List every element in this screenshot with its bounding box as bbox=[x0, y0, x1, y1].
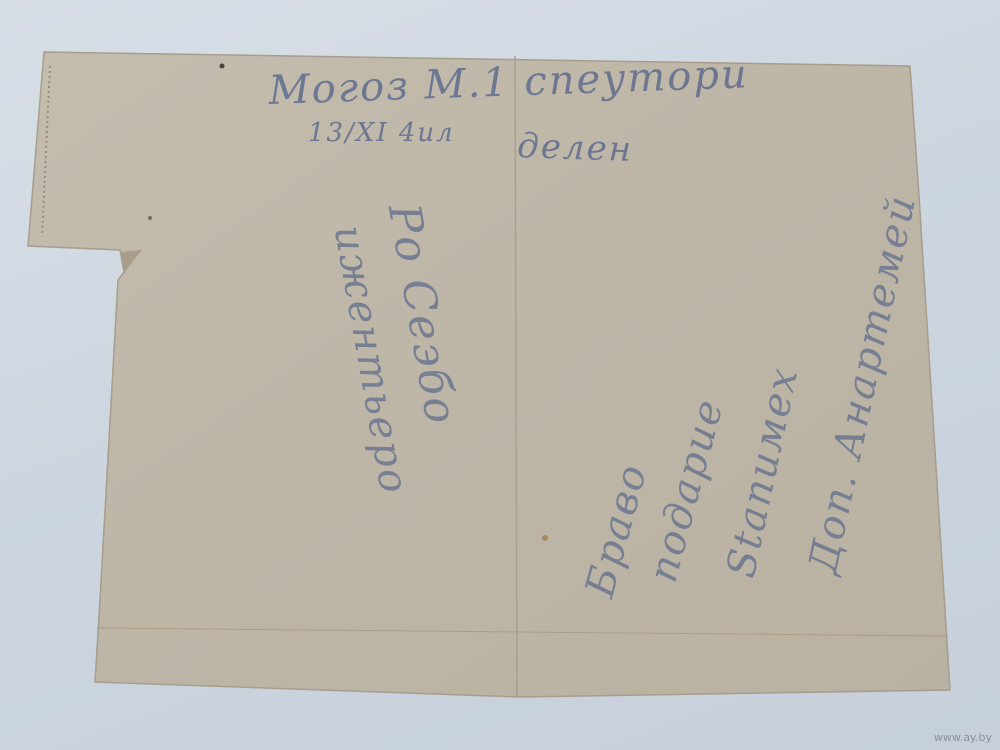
header-word: делен bbox=[517, 126, 634, 170]
watermark: www.ay.by bbox=[934, 731, 992, 744]
header-date: 13/XI 4ил bbox=[308, 118, 455, 148]
paper-document: Могоз М.1 спеутори 13/XI 4ил делен Ро Се… bbox=[0, 0, 1000, 750]
